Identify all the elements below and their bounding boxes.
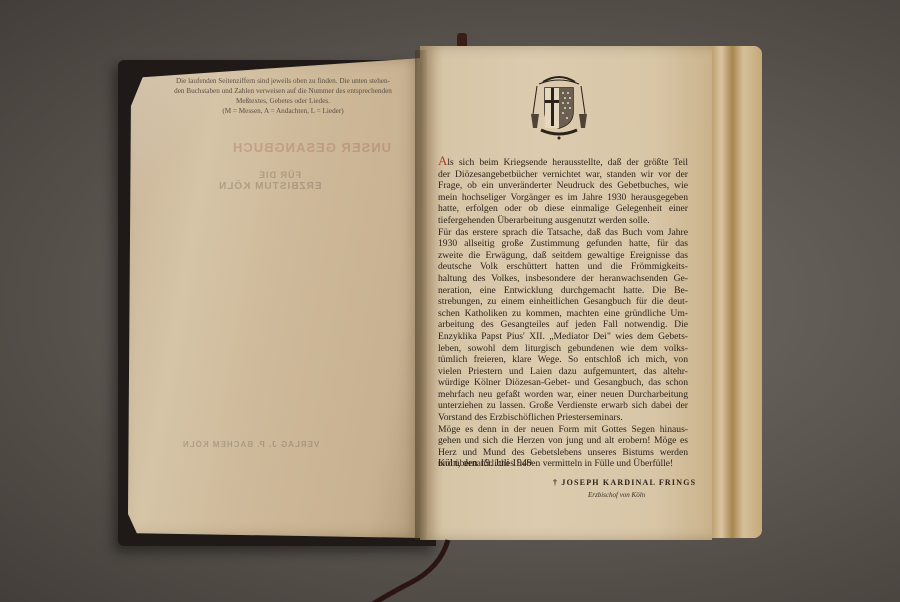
text-line: hatte, erfolgen oder ob diese einmalige … — [438, 203, 688, 215]
text-line: Für das erstere sprach die Tatsache, daß… — [438, 227, 688, 239]
text-line: arbeitung des Gesangteiles auf jeden Fal… — [438, 319, 688, 331]
text-line: unterziehen zu lassen. Große Verdienste … — [438, 400, 688, 412]
note-line: Die laufenden Seitenziffern sind jeweils… — [158, 76, 408, 86]
signature: † JOSEPH KARDINAL FRINGS — [553, 478, 696, 487]
text-line: mein hochseliger Vorgänger es im Jahre 1… — [438, 192, 688, 204]
text-line: Vorstand des Erzbischöflichen Priesterse… — [438, 412, 688, 424]
note-line: den Buchstaben und Zahlen verweisen auf … — [158, 86, 408, 96]
coat-of-arms-icon — [529, 72, 589, 142]
text-line: haltung des Volkes, insbesondere der her… — [438, 273, 688, 285]
text-line: Frage, ob ein unveränderter Neudruck des… — [438, 180, 688, 192]
text-line: der Diözesangebetbücher vernichtet war, … — [438, 169, 688, 181]
bleed-through-diocese: ERZBISTUM KÖLN — [218, 181, 321, 192]
text-line: strebungen, zu einem einheitlichen Gesan… — [438, 296, 688, 308]
text-line: mehrfach neu gefaßt worden war, einer ne… — [438, 389, 688, 401]
drop-cap: A — [438, 153, 447, 168]
text-line: Als sich beim Kriegsende herausstellte, … — [438, 155, 688, 169]
left-page — [128, 58, 422, 538]
bleed-through-title: UNSER GESANGBUCH — [232, 140, 391, 155]
ribbon-bookmark — [370, 538, 460, 602]
text-line: deutsche Volk erschüttert hatten und die… — [438, 261, 688, 273]
open-book: UNSER GESANGBUCH FÜR DIE ERZBISTUM KÖLN … — [0, 0, 900, 602]
text-line: tiefergehenden Überarbeitung ausgenutzt … — [438, 215, 688, 227]
text-line: würdige Kölner Diözesan-Gebet- und Gesan… — [438, 377, 688, 389]
bleed-through-publisher: VERLAG J. P. BACHEM KÖLN — [182, 440, 319, 449]
signature-title: Erzbischof von Köln — [588, 491, 645, 499]
text-line: vielen Priestern und Laien dazu aufgemun… — [438, 366, 688, 378]
text-line: neration, eine Entwicklung durchgemacht … — [438, 285, 688, 297]
bleed-through-subtitle: FÜR DIE — [258, 170, 301, 180]
text-line: leben, sowohl dem liturgisch gebundenen … — [438, 343, 688, 355]
book-gutter — [415, 50, 427, 540]
text-line: Enzyklika Papst Pius' XII. „Mediator Dei… — [438, 331, 688, 343]
left-page-note: Die laufenden Seitenziffern sind jeweils… — [158, 76, 408, 116]
note-line: (M = Messen, A = Andachten, L = Lieder) — [158, 106, 408, 116]
place-and-date: Köln, den 19. Juli 1949 — [438, 458, 532, 469]
foreword-text: Als sich beim Kriegsende herausstellte, … — [438, 155, 688, 470]
text-line: zweite die Erwägung, daß seitdem gewalti… — [438, 250, 688, 262]
text-line: Herz und Mund des Gebetslebens unseres B… — [438, 447, 688, 459]
text-line: schen Katholiken zu kommen, machten eine… — [438, 308, 688, 320]
note-line: Meßtextes, Gebetes oder Liedes. — [158, 96, 408, 106]
text-line: 1930 allseitig große Zustimmung gefunden… — [438, 238, 688, 250]
text-line: tümlich freieren, klare Wege. So entschl… — [438, 354, 688, 366]
text-line: gehen und sich die Herzen von jung und a… — [438, 435, 688, 447]
text-line: Möge es denn in der neuen Form mit Gotte… — [438, 424, 688, 436]
page-fold-highlight — [128, 58, 422, 538]
